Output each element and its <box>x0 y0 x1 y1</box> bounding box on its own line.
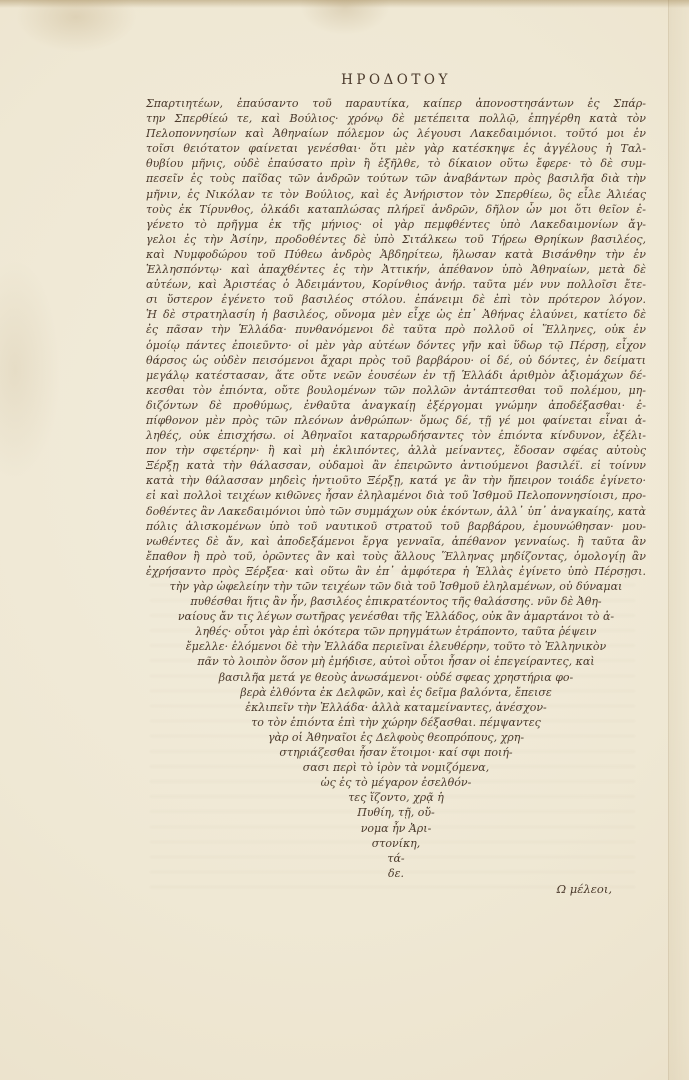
greek-text-line: σι ὕστερον ἐγένετο τοῦ βασιλέος στόλου. … <box>146 292 646 307</box>
greek-text-line: τοῖσι θειότατον φαίνεται γενέσθαι· ὅτι μ… <box>146 141 646 156</box>
greek-text-line: νομα ἦν Ἀρι- <box>146 821 646 836</box>
greek-text-line: πεσεῖν ἐς τοὺς παῖδας τῶν ἀνδρῶν τούτων … <box>146 171 646 186</box>
greek-text-line: αὐτέων, καὶ Ἀριστέας ὁ Ἀδειμάντου, Κορίν… <box>146 277 646 292</box>
greek-text-line: σασι περὶ τὸ ἱρὸν τὰ νομιζόμενα, <box>146 760 646 775</box>
greek-text-line: τες ἵζοντο, χρᾷ ἡ <box>146 790 646 805</box>
page-top-edge-shadow <box>0 0 689 8</box>
greek-text-line: τὴν γὰρ ὠφελείην τὴν τῶν τειχέων τῶν διὰ… <box>146 579 646 594</box>
greek-text-line: ἐχρήσαντο πρὸς Ξέρξεα· καὶ οὕτω ἂν ἐπ᾽ ἀ… <box>146 564 646 579</box>
greek-text-line: διζόντων δὲ προθύμως, ἐνθαῦτα ἀναγκαίῃ ἐ… <box>146 398 646 413</box>
greek-text-line: πόλις ἁλισκομένων ὑπὸ τοῦ ναυτικοῦ στρατ… <box>146 519 646 534</box>
greek-text-line: Πελοποννησίων καὶ Ἀθηναίων πόλεμον ὡς λέ… <box>146 126 646 141</box>
greek-text-line: ἐς πᾶσαν τὴν Ἑλλάδα· πυνθανόμενοι δὲ ταῦ… <box>146 322 646 337</box>
greek-text-line: ναίους ἄν τις λέγων σωτῆρας γενέσθαι τῆς… <box>146 609 646 624</box>
greek-text-line: Πυθίη, τῇ, οὔ- <box>146 805 646 820</box>
text-block: ΗΡΟΔΟΤΟΥ Σπαρτιητέων, ἐπαύσαντο τοῦ παρα… <box>146 72 646 897</box>
greek-text-line: καὶ Νυμφοδώρου τοῦ Πύθεω ἀνδρὸς Ἀβδηρίτε… <box>146 247 646 262</box>
greek-text-line: ὁμοίῳ πάντες ἐποιεῦντο· οἱ μὲν γὰρ αὐτέω… <box>146 338 646 353</box>
greek-text-line: πυθέσθαι ἥτις ἂν ἦν, βασιλέος ἐπικρατέον… <box>146 594 646 609</box>
greek-text-line: Ἡ δὲ στρατηλασίη ἡ βασιλέος, οὔνομα μὲν … <box>146 307 646 322</box>
paper-stain <box>0 260 60 480</box>
greek-text-line: πίφθονον μὲν πρὸς τῶν πλεόνων ἀνθρώπων· … <box>146 413 646 428</box>
greek-text-line: τοὺς ἐκ Τίρυνθος, ὁλκάδι καταπλώσας πλήρ… <box>146 202 646 217</box>
greek-taper-text: τὴν γὰρ ὠφελείην τὴν τῶν τειχέων τῶν διὰ… <box>146 579 646 881</box>
greek-text-line: ἔπαθον ἢ πρὸ τοῦ, ὁρῶντες ἂν καὶ τοὺς ἄλ… <box>146 549 646 564</box>
greek-text-line: ἔμελλε· ἑλόμενοι δὲ τὴν Ἑλλάδα περιεῖναι… <box>146 639 646 654</box>
greek-text-line: νωθέντες δὲ ἄν, καὶ ἀποδεξάμενοι ἔργα γε… <box>146 534 646 549</box>
greek-text-line: γένετο τὸ πρῆγμα ἐκ τῆς μήνιος· οἱ γὰρ π… <box>146 217 646 232</box>
book-fore-edge <box>668 0 689 1080</box>
greek-text-line: Σπαρτιητέων, ἐπαύσαντο τοῦ παραυτίκα, κα… <box>146 96 646 111</box>
greek-text-line: βερὰ ἐλθόντα ἐκ Δελφῶν, καὶ ἐς δεῖμα βαλ… <box>146 685 646 700</box>
greek-body-text: Σπαρτιητέων, ἐπαύσαντο τοῦ παραυτίκα, κα… <box>146 96 646 579</box>
greek-text-line: θυβίου μῆνις, οὐδὲ ἐπαύσατο πρὶν ἢ ἐξῆλθ… <box>146 156 646 171</box>
greek-text-line: γελοι ἐς τὴν Ἀσίην, προδοθέντες δὲ ὑπὸ Σ… <box>146 232 646 247</box>
greek-text-line: Ξέρξῃ κατὰ τὴν θάλασσαν, οὐδαμοὶ ἂν ἐπει… <box>146 458 646 473</box>
greek-text-line: στονίκη, <box>146 836 646 851</box>
greek-text-line: ὡς ἐς τὸ μέγαρον ἐσελθόν- <box>146 775 646 790</box>
greek-text-line: την Σπερθίεώ τε, καὶ Βούλιος· χρόνῳ δὲ μ… <box>146 111 646 126</box>
greek-text-line: πον τὴν σφετέρην· ἢ καὶ μὴ ἐκλιπόντες, ἀ… <box>146 443 646 458</box>
greek-text-line: τά- <box>146 851 646 866</box>
greek-text-line: ληθές· οὗτοι γὰρ ἐπὶ ὁκότερα τῶν πρηγμάτ… <box>146 624 646 639</box>
greek-text-line: θάρσος ὡς οὐδὲν πεισόμενοι ἄχαρι πρὸς το… <box>146 353 646 368</box>
greek-text-line: Ἑλλησπόντῳ· καὶ ἀπαχθέντες ἐς τὴν Ἀττική… <box>146 262 646 277</box>
greek-text-line: εἰ καὶ πολλοὶ τειχέων κιθῶνες ἦσαν ἐληλα… <box>146 488 646 503</box>
greek-text-line: γὰρ οἱ Ἀθηναῖοι ἐς Δελφοὺς θεοπρόπους, χ… <box>146 730 646 745</box>
greek-text-line: πᾶν τὸ λοιπὸν ὅσον μὴ ἐμήδισε, αὐτοὶ οὗτ… <box>146 654 646 669</box>
running-title: ΗΡΟΔΟΤΟΥ <box>146 72 646 88</box>
greek-text-line: βασιλῆα μετά γε θεοὺς ἀνωσάμενοι· οὐδέ σ… <box>146 670 646 685</box>
greek-text-line: ἐκλιπεῖν τὴν Ἑλλάδα· ἀλλὰ καταμείναντες,… <box>146 700 646 715</box>
catchword: Ω μέλεοι, <box>146 882 646 897</box>
greek-text-line: δοθέντες ἂν Λακεδαιμόνιοι ὑπὸ τῶν συμμάχ… <box>146 504 646 519</box>
greek-text-line: ληθές, οὐκ ἐπισχήσω. οἱ Ἀθηναῖοι καταρρω… <box>146 428 646 443</box>
greek-text-line: κατὰ τὴν θάλασσαν μηδεὶς ἠντιοῦτο Ξέρξῃ,… <box>146 473 646 488</box>
greek-text-line: κεσθαι τὸν ἐπιόντα, οὔτε βουλομένων τῶν … <box>146 383 646 398</box>
greek-text-line: μεγάλῳ κατέστασαν, ἅτε οὔτε νεῶν ἐουσέων… <box>146 368 646 383</box>
greek-text-line: μῆνιν, ἐς Νικόλαν τε τὸν Βούλιος, καὶ ἐς… <box>146 187 646 202</box>
greek-text-line: το τὸν ἐπιόντα ἐπὶ τὴν χώρην δέξασθαι. π… <box>146 715 646 730</box>
greek-text-line: στηριάζεσθαι ἦσαν ἕτοιμοι· καί σφι ποιή- <box>146 745 646 760</box>
greek-text-line: δε. <box>146 866 646 881</box>
book-page: ΗΡΟΔΟΤΟΥ Σπαρτιητέων, ἐπαύσαντο τοῦ παρα… <box>0 0 689 1080</box>
